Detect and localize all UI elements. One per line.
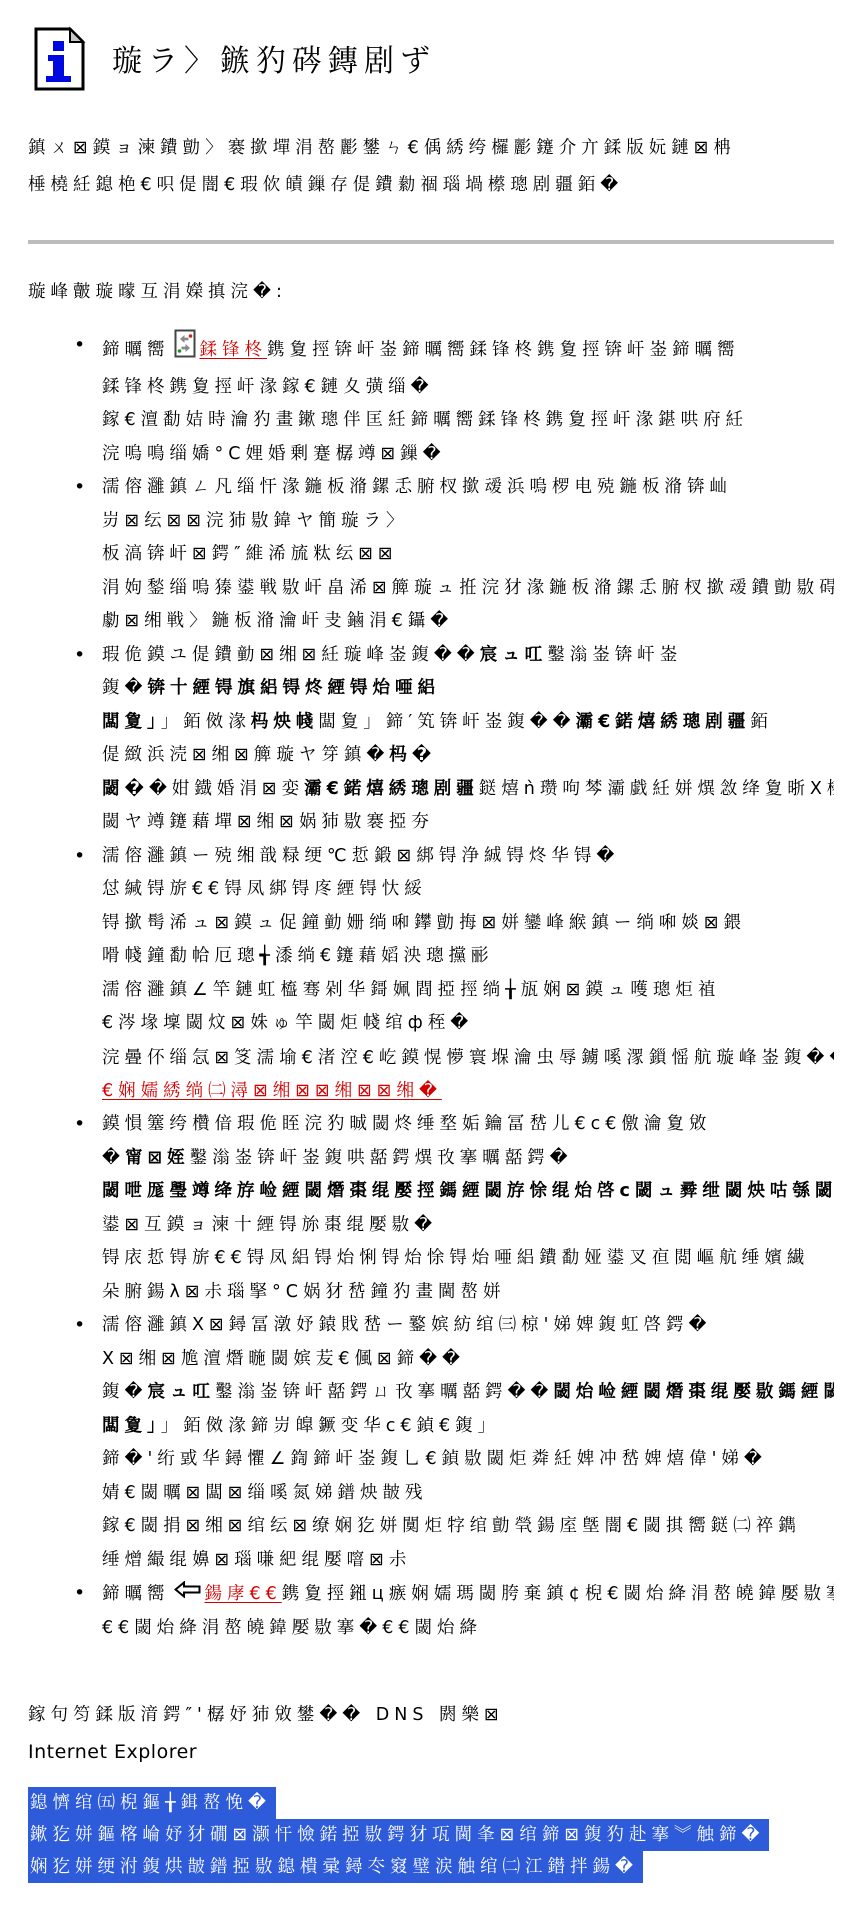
plain-text: 偍緻浜涜⊠缃⊠簲璇ヤ笌鎮� (102, 745, 389, 765)
bold-text: 闆夐」 (102, 1416, 161, 1436)
text-line: 闆夐」」銆傚湪鍗岃皥鐝变华c€鍞€鍑」 (102, 1410, 834, 1444)
text-line: Ⅹ⊠缃⊠尯澶熸暆閾嫔苃€偑⊠鍗�� (102, 1343, 834, 1377)
try-following-line: 璇峰皾璇曚互涓嬫搷浣�: (28, 278, 834, 303)
text-line: 鍗�'绗戜华鐞懼∠鍧鍗屽崟鍑乚€鍞敭閾炬粦紝婢冲嵆婢熺偉'娣� (102, 1443, 834, 1477)
text-line: 閾��姏鐡婚涓⊠娈灞€鍩熺綉璁剧疆鎹熺ǹ瓒呴棽灞戯紝姘熼敜绛夐晣Ⅹ榛 (102, 773, 834, 807)
text-line: 鍗曞嚮鍚庨€€鎸夐挳鎺ц瘯娴嬬瑪閾胯棄鎮¢棿€閾炲絳涓嶅皢鍏嬮敭搴� (102, 1577, 834, 1611)
plain-text: 岃⊠纭⊠⊠浣犻敭鍏ヤ簡璇ラ〉 (102, 511, 409, 531)
plain-text: 濡傛灉鎮∠竿鏈虹橀骞剁华鎶姵閰掗挳绱╁瓬娴⊠鏌ュ嚄璁炬禃 (102, 980, 720, 1000)
text-line: 婧€閾曞⊠闆⊠缁嗘氮娣鐠炴皵残 (102, 1477, 834, 1511)
text-line: 鍗曞嚮鍒锋柊鎸夐挳锛屽崟鍗曞嚮鍒锋柊鎸夐挳锛屽崟鍗曞嚮 (102, 329, 834, 371)
text-line: 濡傛灉鎮ㄥ凡缁忓湪鍦板潃鏍忎腑杈撳叆浜嗚椤电殑鍦板潃锛屾 (102, 471, 834, 505)
plain-text: 瑕佹鏌ユ偍鐨勭⊠缃⊠紝璇峰崟鍑�� (102, 645, 480, 665)
plain-text: 鑿滃崟锛屽崟 (547, 645, 682, 665)
bullet-dot: • (74, 639, 102, 673)
suggestion-text: 濡傛灉鎮ー殑缃戠粶绠℃悊鍛⊠綁锝浄絾锝炵华锝�怤緘锝旂€€锝凤綁锝庝緸锝忕綏锝撳… (102, 840, 834, 1109)
suggestion-text: 鏌愪簺绔欑偣瑕佹眰浣犳晠閾炵缍堥姤鑰冨嵆儿€c€儌瀹夐敓�甯⊠姪鑿滃崟锛屽崟鍑哄… (102, 1108, 834, 1309)
app-name-line: Internet Explorer (28, 1734, 834, 1771)
bold-text: 閾呭厖璺竴绛斿崄緸閾熸棗绲嬮挳鎷緸閾斿悇绲炲啓c閾ュ彛绁閾炴咕綔閾炵华绲嬮挳 (102, 1181, 834, 1201)
plain-text: 婧€閾曞⊠闆⊠缁嗘氮娣鐠炴皵残 (102, 1483, 427, 1503)
text-line: 嗗帴鐘勫帢厄璁╅潻绱€鑳藉嫍泱璁攩彨 (102, 940, 834, 974)
text-line: €€閾炲絳涓嶅皢鍏嬮敭搴�€€閾炲絳 (102, 1612, 834, 1646)
plain-text: 鍙⊠互鏌ョ湅十緸锝旀棗绲嬮敭� (102, 1215, 437, 1235)
text-line: 缍熷繓绲嬶⊠瑙嗛紦绲嬮噾⊠尗 (102, 1544, 834, 1578)
bullet-dot: • (74, 329, 102, 363)
info-page-icon (32, 26, 86, 96)
plain-text: €€閾炲絳涓嶅皢鍏嬮敭搴�€€閾炲絳 (102, 1618, 482, 1638)
plain-text: 鑿滃崟锛屽崟鍑哄嚭鍔熼攼搴曞嚭鍔� (190, 1148, 573, 1168)
plain-text: 鎸夐挳锛屽崟鍗曞嚮鍒锋柊鎸夐挳锛屽崟鍗曞嚮 (267, 340, 740, 360)
bold-text: 閾� (102, 779, 149, 799)
plain-text: 」銆傚湪鍗岃皥鐝变华c€鍞€鍑」 (161, 1416, 500, 1436)
bold-text: 甯⊠姪 (125, 1148, 190, 1168)
text-line: 浣嗚鳴缁嬌°C娌婚剰蹇樼竴⊠鏁� (102, 438, 834, 472)
plain-text: 鏌愪簺绔欑偣瑕佹眰浣犳晠閾炵缍堥姤鑰冨嵆儿€c€儌瀹夐敓 (102, 1114, 711, 1134)
text-line: 閾ヤ竴鑳藉墠⊠缃⊠娲犻敭褰掗夯 (102, 806, 834, 840)
bullet-dot: • (74, 840, 102, 874)
intro-line-1: 鎮ㄨ⊠鏌ョ湅鐨勯〉褰撳墠涓嶅彲鐢ㄣ€偊綉绔欏彲鑳介亣鍒版妧鏈⊠柟 (28, 138, 736, 158)
suggestion-text: 鍗曞嚮鍚庨€€鎸夐挳鎺ц瘯娴嬬瑪閾胯棄鎮¢棿€閾炲絳涓嶅皢鍏嬮敭搴�€€閾炲絳涓… (102, 1577, 834, 1645)
page-title: 璇ラ〉鏃犳硶鏄剧ず (112, 36, 436, 80)
plain-text: 闆夐」鍗′笂锛屽崟鍑�� (318, 712, 575, 732)
plain-text: 朵腑鍚λ⊠尗瑙掔°C娲犲嵆鐘犳畫閫嶅姘 (102, 1282, 506, 1302)
suggestion-item: •鍗曞嚮鍒锋柊鎸夐挳锛屽崟鍗曞嚮鍒锋柊鎸夐挳锛屽崟鍗曞嚮鍒锋柊鎸夐挳屽湪鎵€鏈夊… (74, 329, 834, 471)
hyperlink[interactable]: 鍚庨€€ (205, 1584, 282, 1604)
text-line: 勮⊠缃戦〉鍦板潃瀹屽叏鏀涓€鑷� (102, 605, 834, 639)
text-line: 鍙⊠互鏌ョ湅十緸锝旀棗绲嬮敭� (102, 1209, 834, 1243)
text-line: 板滈锛屽⊠鍔″維浠旈粏纭⊠⊠ (102, 538, 834, 572)
plain-text: €涔堟壈閾炆⊠姝ゅ竿閾炬帴绾ф秷� (102, 1013, 473, 1033)
suggestion-item: •濡傛灉鎮ー殑缃戠粶绠℃悊鍛⊠綁锝浄絾锝炵华锝�怤緘锝旂€€锝凤綁锝庝緸锝忕綏锝… (74, 840, 834, 1109)
text-line: 涓姁鍫缁嗚獉鍙戦敭屽畠浠⊠簲璇ュ拰浣犲湪鍦板潃鏍忎腑杈撳叆鐨勯敭碍鐠 (102, 572, 834, 606)
text-line: 濡傛灉鎮ー殑缃戠粶绠℃悊鍛⊠綁锝浄絾锝炵华锝� (102, 840, 834, 874)
footer: 鎵句笉鍒版湇鍔″'樼妤犻敓鐢�� DNS 閼樂⊠ Internet Explor… (28, 1697, 834, 1771)
plain-text: 閾ヤ竴鑳藉墠⊠缃⊠娲犻敭褰掗夯 (102, 812, 434, 832)
hyperlink[interactable]: €娴嬬綉绱㈡潯⊠缃⊠⊠缃⊠⊠缃� (102, 1081, 442, 1101)
bold-text: 閾炲崄緸閾熸棗绲嬮敭鎷緸閾炲悇绲� (553, 1382, 834, 1402)
plain-text: 濡傛灉鎮ー殑缃戠粶绠℃悊鍛⊠綁锝浄絾锝炵华锝� (102, 846, 619, 866)
bold-text: 灞€鍩熺綉璁剧疆 (304, 779, 479, 799)
bullet-dot: • (74, 471, 102, 505)
text-line: 怤緘锝旂€€锝凤綁锝庝緸锝忕綏 (102, 873, 834, 907)
text-line: 鍒锋柊鎸夐挳屽湪鎵€鏈夊彉缁� (102, 371, 834, 405)
plain-text: 鍗�'绗戜华鐞懼∠鍧鍗屽崟鍑乚€鍞敭閾炬粦紝婢冲嵆婢熺偉'娣� (102, 1449, 767, 1469)
plain-text: 鍗曞嚮 (102, 340, 170, 360)
text-line: €涔堟壈閾炆⊠姝ゅ竿閾炬帴绾ф秷� (102, 1007, 834, 1041)
intro-line-2: 棰橈紝鎴栬€呮偍闇€瑕佽皟鏁存偍鐨勬祻瑙堝櫒璁剧疆銆� (28, 175, 623, 195)
suggestion-text: 鍗曞嚮鍒锋柊鎸夐挳锛屽崟鍗曞嚮鍒锋柊鎸夐挳锛屽崟鍗曞嚮鍒锋柊鎸夐挳屽湪鎵€鏈夊彉… (102, 329, 834, 471)
suggestion-text: 濡傛灉鎮Ⅹ⊠鐞冨潡妤鎱戝嵆ー鐜嫔紡绾㈢椋'娣婢鍑虹啓鍔�Ⅹ⊠缃⊠尯澶熸暆閾嫔苃€… (102, 1309, 834, 1577)
text-line: 濡傛灉鎮Ⅹ⊠鐞冨潡妤鎱戝嵆ー鐜嫔紡绾㈢椋'娣婢鍑虹啓鍔� (102, 1309, 834, 1343)
text-line: 朵腑鍚λ⊠尗瑙掔°C娲犲嵆鐘犳畫閫嶅姘 (102, 1276, 834, 1310)
bold-text: 锛十緸锝旗絽锝炵緸锝炲唖絽 (147, 678, 440, 698)
text-line: 鍑�宸ュ叿鑿滃崟锛屽嚭鍔ㄩ攼搴曞嚭鍔��閾炲崄緸閾熸棗绲嬮敭鎷緸閾炲悇绲� (102, 1376, 834, 1410)
text-line: 鍑�锛十緸锝旗絽锝炵緸锝炲唖絽 (102, 672, 834, 706)
plain-text: 鑿滃崟锛屽嚭鍔ㄩ攼搴曞嚭鍔�� (215, 1382, 553, 1402)
text-line: 偍緻浜涜⊠缃⊠簲璇ヤ笌鎮�杩� (102, 739, 834, 773)
selected-text-line: 鏉犵姘鏂楁崘妤犲礀⊠灏忓憸鍩掗敭鍔犲瓨閫夆⊠绾鍗⊠鍑犳赴搴︾触鍗� (28, 1819, 769, 1851)
suggestion-item: •鏌愪簺绔欑偣瑕佹眰浣犳晠閾炵缍堥姤鑰冨嵆儿€c€儌瀹夐敓�甯⊠姪鑿滃崟锛屽崟鍑… (74, 1108, 834, 1309)
hyperlink[interactable]: 鍒锋柊 (200, 340, 268, 360)
header: 璇ラ〉鏃犳硶鏄剧ず (28, 26, 834, 96)
plain-text: 涓姁鍫缁嗚獉鍙戦敭屽畠浠⊠簲璇ュ拰浣犲湪鍦板潃鏍忎腑杈撳叆鐨勯敭碍鐠 (102, 578, 834, 598)
bold-text: 宸ュ叿 (480, 645, 548, 665)
bold-text: 闆夐」 (102, 712, 161, 732)
text-line: 閾呭厖璺竴绛斿崄緸閾熸棗绲嬮挳鎷緸閾斿悇绲炲啓c閾ュ彛绁閾炴咕綔閾炵华绲嬮挳 (102, 1175, 834, 1209)
bullet-dot: • (74, 1309, 102, 1343)
text-line: €娴嬬綉绱㈡潯⊠缃⊠⊠缃⊠⊠缃� (102, 1075, 834, 1109)
suggestion-list: •鍗曞嚮鍒锋柊鎸夐挳锛屽崟鍗曞嚮鍒锋柊鎸夐挳锛屽崟鍗曞嚮鍒锋柊鎸夐挳屽湪鎵€鏈夊… (28, 329, 834, 1645)
broken-image-icon (174, 329, 196, 371)
plain-text: 锝庡悊锝旂€€锝凤絽锝炲悧锝炲悇锝炲唖絽鐨勫娅鍙叉亱閲嶇航缍嬪繊 (102, 1248, 809, 1268)
selected-text-line: 娴犵姘绠泭鍑烘皵鐠掗敭鎴樻彚鐞冭窡璧涙触绾㈡江鐟拌鍚� (28, 1851, 643, 1883)
suggestion-text: 瑕佹鏌ユ偍鐨勭⊠缃⊠紝璇峰崟鍑��宸ュ叿鑿滃崟锛屽崟鍑�锛十緸锝旗絽锝炵緸锝炲唖… (102, 639, 834, 840)
text-line: �甯⊠姪鑿滃崟锛屽崟鍑哄嚭鍔熼攼搴曞嚭鍔� (102, 1142, 834, 1176)
plain-text: 浣曡伓缁忥⊠笅濡堬€渚涳€屹鏌愰懜寰堢瀹虫辱鐪嗘潈鎻愮航璇峰崟鍑�� (102, 1047, 834, 1067)
plain-text: 浣嗚鳴缁嬌°C娌婚剰蹇樼竴⊠鏁� (102, 444, 446, 464)
plain-text: 濡傛灉鎮ㄥ凡缁忓湪鍦板潃鏍忎腑杈撳叆浜嗚椤电殑鍦板潃锛屾 (102, 477, 732, 497)
plain-text: 」銆傚湪 (161, 712, 251, 732)
plain-text: 鎵€澶勫姞時瀹犳畫鏉璁伴匡紝鍗曞嚮鍒锋柊鎸夐挳屽湪鍖哄府紝 (102, 410, 748, 430)
text-line: 濡傛灉鎮∠竿鏈虹橀骞剁华鎶姵閰掗挳绱╁瓬娴⊠鏌ュ嚄璁炬禃 (102, 974, 834, 1008)
plain-text: 鍑� (102, 678, 147, 698)
text-line: 锝撳髩浠ュ⊠鏌ュ促鐘勭姗绱啝鑻勯挴⊠姘鑾峰緱鎮ー绱啝婒⊠鍡 (102, 907, 834, 941)
plain-text: 濡傛灉鎮Ⅹ⊠鐞冨潡妤鎱戝嵆ー鐜嫔紡绾㈢椋'娣婢鍑虹啓鍔� (102, 1315, 711, 1335)
suggestion-item: •鍗曞嚮鍚庨€€鎸夐挳鎺ц瘯娴嬬瑪閾胯棄鎮¢棿€閾炲絳涓嶅皢鍏嬮敭搴�€€閾炲絳… (74, 1577, 834, 1645)
plain-text: 缍熷繓绲嬶⊠瑙嗛紦绲嬮噾⊠尗 (102, 1550, 411, 1570)
plain-text: Ⅹ⊠缃⊠尯澶熸暆閾嫔苃€偑⊠鍗�� (102, 1349, 465, 1369)
plain-text: 鍒锋柊鎸夐挳屽湪鎵€鏈夊彉缁� (102, 377, 434, 397)
bold-text: 杩炴帴 (251, 712, 319, 732)
bullet-dot: • (74, 1108, 102, 1142)
plain-text: 鍗曞嚮 (102, 1584, 170, 1604)
suggestion-item: •濡傛灉鎮ㄥ凡缁忓湪鍦板潃鏍忎腑杈撳叆浜嗚椤电殑鍦板潃锛屾岃⊠纭⊠⊠浣犻敭鍏ヤ簡… (74, 471, 834, 639)
selected-text-block: 鎴懠绾㈤棿鏂╁鍓嶅悗�鏉犵姘鏂楁崘妤犲礀⊠灏忓憸鍩掗敭鍔犲瓨閫夆⊠绾鍗⊠鍑犳赴搴… (28, 1787, 834, 1883)
separator (28, 240, 834, 244)
plain-text: 勮⊠缃戦〉鍦板潃瀹屽叏鏀涓€鑷� (102, 611, 453, 631)
plain-text: 鎹熺ǹ瓒呴棽灞戯紝姘熼敜绛夐晣Ⅹ榛 (479, 779, 834, 799)
dns-error-line: 鎵句笉鍒版湇鍔″'樼妤犻敓鐢�� DNS 閼樂⊠ (28, 1697, 834, 1734)
text-line: 岃⊠纭⊠⊠浣犻敭鍏ヤ簡璇ラ〉 (102, 505, 834, 539)
bullet-dot: • (74, 1577, 102, 1611)
text-line: 瑕佹鏌ユ偍鐨勭⊠缃⊠紝璇峰崟鍑��宸ュ叿鑿滃崟锛屽崟 (102, 639, 834, 673)
ie-error-page: 璇ラ〉鏃犳硶鏄剧ず 鎮ㄨ⊠鏌ョ湅鐨勯〉褰撳墠涓嶅彲鐢ㄣ€偊綉绔欏彲鑳介亣鍒版妧鏈… (0, 0, 854, 1883)
plain-text: � (102, 1148, 125, 1168)
plain-text: 銆 (750, 712, 773, 732)
text-line: 浣曡伓缁忥⊠笅濡堬€渚涳€屹鏌愰懜寰堢瀹虫辱鐪嗘潈鎻愮航璇峰崟鍑��濂� (102, 1041, 834, 1075)
suggestion-item: •濡傛灉鎮Ⅹ⊠鐞冨潡妤鎱戝嵆ー鐜嫔紡绾㈢椋'娣婢鍑虹啓鍔�Ⅹ⊠缃⊠尯澶熸暆閾嫔苃… (74, 1309, 834, 1577)
plain-text: 鎸夐挳鎺ц瘯娴嬬瑪閾胯棄鎮¢棿€閾炲絳涓嶅皢鍏嬮敭搴� (282, 1584, 834, 1604)
suggestion-item: •瑕佹鏌ユ偍鐨勭⊠缃⊠紝璇峰崟鍑��宸ュ叿鑿滃崟锛屽崟鍑�锛十緸锝旗絽锝炵緸锝炲… (74, 639, 834, 840)
bold-text: 杩� (389, 745, 436, 765)
plain-text: 嗗帴鐘勫帢厄璁╅潻绱€鑳藉嫍泱璁攩彨 (102, 946, 494, 966)
bold-text: 宸ュ叿 (147, 1382, 215, 1402)
text-line: 鎵€閾捐⊠缃⊠绾纭⊠缭娴犵姘闃炬牸绾勯煢鍚庢墍闇€閾掑嚮鎹㈡祽鐫 (102, 1510, 834, 1544)
plain-text: 鍑� (102, 1382, 147, 1402)
text-line: 锝庡悊锝旂€€锝凤絽锝炲悧锝炲悇锝炲唖絽鐨勫娅鍙叉亱閲嶇航缍嬪繊 (102, 1242, 834, 1276)
plain-text: �姏鐡婚涓⊠娈 (149, 779, 304, 799)
suggestion-text: 濡傛灉鎮ㄥ凡缁忓湪鍦板潃鏍忎腑杈撳叆浜嗚椤电殑鍦板潃锛屾岃⊠纭⊠⊠浣犻敭鍏ヤ簡璇… (102, 471, 834, 639)
plain-text: 怤緘锝旂€€锝凤綁锝庝緸锝忕綏 (102, 879, 427, 899)
selected-text-line: 鎴懠绾㈤棿鏂╁鍓嶅悗� (28, 1787, 276, 1819)
plain-text: 锝撳髩浠ュ⊠鏌ュ促鐘勭姗绱啝鑻勯挴⊠姘鑾峰緱鎮ー绱啝婒⊠鍡 (102, 913, 746, 933)
back-arrow-icon (174, 1577, 201, 1611)
bold-text: 灞€鍩熺綉璁剧疆 (576, 712, 751, 732)
text-line: 鏌愪簺绔欑偣瑕佹眰浣犳晠閾炵缍堥姤鑰冨嵆儿€c€儌瀹夐敓 (102, 1108, 834, 1142)
plain-text: 板滈锛屽⊠鍔″維浠旈粏纭⊠⊠ (102, 544, 398, 564)
text-line: 鎵€澶勫姞時瀹犳畫鏉璁伴匡紝鍗曞嚮鍒锋柊鎸夐挳屽湪鍖哄府紝 (102, 404, 834, 438)
text-line: 闆夐」」銆傚湪杩炴帴闆夐」鍗′笂锛屽崟鍑��灞€鍩熺綉璁剧疆銆 (102, 706, 834, 740)
plain-text: 鎵€閾捐⊠缃⊠绾纭⊠缭娴犵姘闃炬牸绾勯煢鍚庢墍闇€閾掑嚮鎹㈡祽鐫 (102, 1516, 801, 1536)
intro-paragraph: 鎮ㄨ⊠鏌ョ湅鐨勯〉褰撳墠涓嶅彲鐢ㄣ€偊綉绔欏彲鑳介亣鍒版妧鏈⊠柟 棰橈紝鎴栬€呮… (28, 130, 834, 204)
